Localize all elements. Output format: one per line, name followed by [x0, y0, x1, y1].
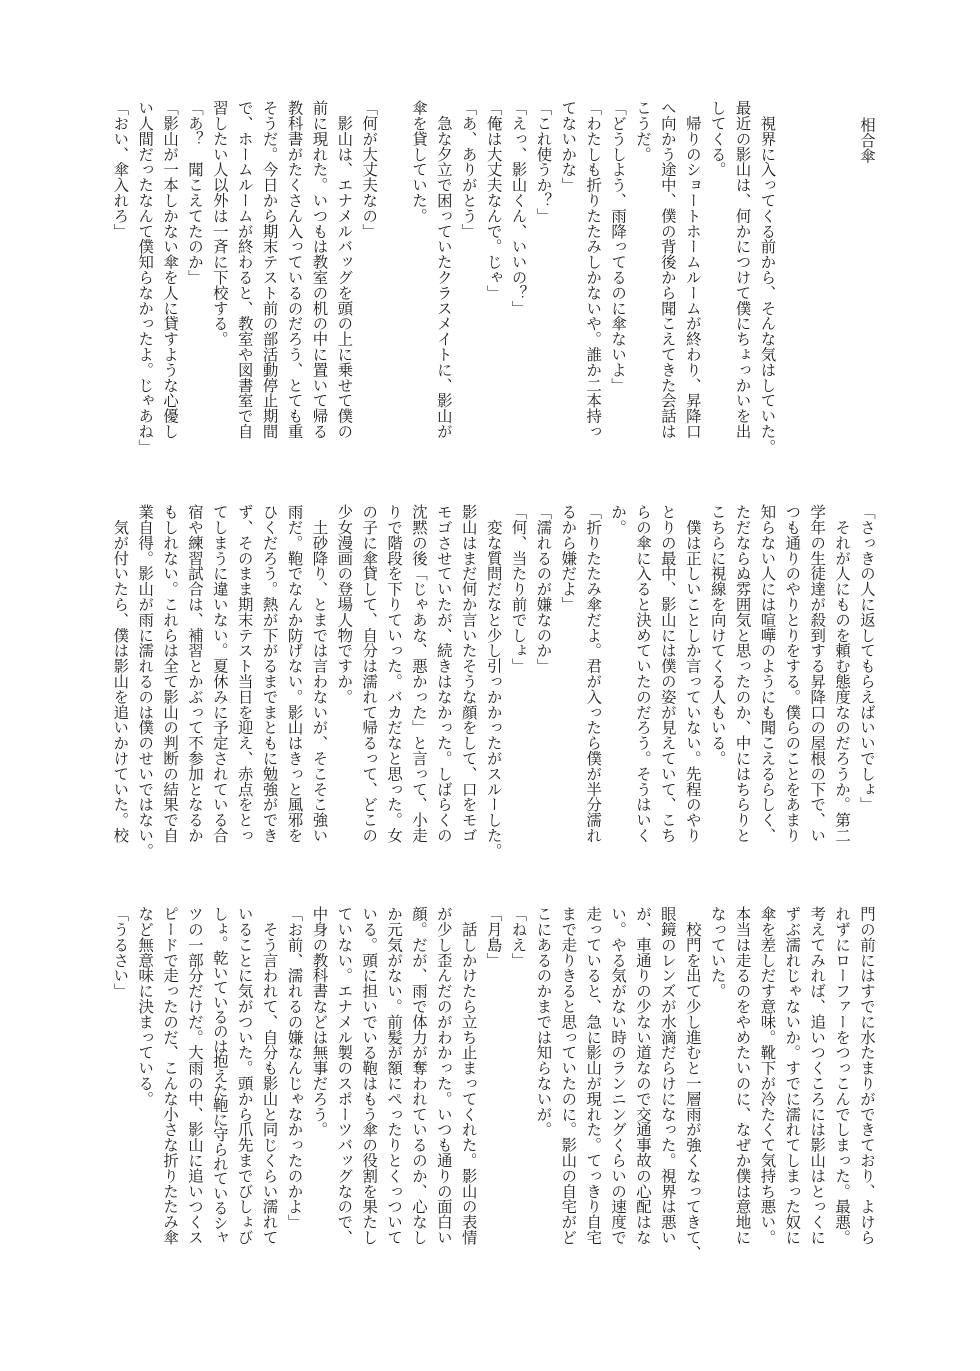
text-band-middle: 「さっきの人に返してもらえばいいでしょ」 それが人にものを頼む態度なのだろうか。…	[107, 504, 879, 843]
dialogue-column: 「濡れるのが嫌なのか」	[531, 504, 556, 843]
text-column: 傘を差しだす意味。靴下が冷たくて気持ち悪い。	[755, 906, 780, 1245]
dialogue-column: 「うるさい」	[107, 906, 132, 1245]
text-column: そうだ。今日から期末テスト前の部活動停止期間	[257, 100, 282, 439]
story-title: 相合傘	[854, 100, 879, 439]
dialogue-column: い人間だったなんて僕知らなかったよ。じゃあね」	[132, 100, 157, 439]
text-column: 帰りのショートホームルームが終わり、昇降口	[680, 100, 705, 439]
text-column: いることに気がついた。頭から爪先までびしょび	[232, 906, 257, 1245]
text-column: 業自得。影山が雨に濡れるのは僕のせいではない。	[132, 504, 157, 843]
text-column: ずぶ濡れじゃないか。すでに濡れてしまった奴に	[779, 906, 804, 1245]
dialogue-column: 「影山が一本しかない傘を人に貸すような心優し	[157, 100, 182, 439]
dialogue-column: 「ねえ」	[506, 906, 531, 1245]
text-column: 沈黙の後「じゃあな、悪かった」と言って、小走	[406, 504, 431, 843]
text-column: 前に現れた。いつもは教室の机の中に置いて帰る	[307, 100, 332, 439]
dialogue-column: 「おい、傘入れろ」	[107, 100, 132, 439]
text-column: こにあるのかまでは知らないが。	[531, 906, 556, 1245]
blank-line	[779, 100, 804, 439]
text-band-bottom: 門の前にはすでに水たまりができており、よけら れずにローファーをつっこんでしまっ…	[107, 906, 879, 1245]
text-column: まで走りきると思っていたのに。影山の自宅がど	[555, 906, 580, 1245]
text-column: ツの一部分だけだ。大雨の中、影山に追いつくス	[182, 906, 207, 1245]
text-column: 気が付いたら、僕は影山を追いかけていた。校	[107, 504, 132, 843]
text-column: してくる。	[705, 100, 730, 439]
text-column: しょ。乾いているのは抱えた鞄に守られているシャ	[207, 906, 232, 1245]
dialogue-column: 「これ使うか？」	[531, 100, 556, 439]
text-column: いる。頭に担いでいる鞄はもう傘の役割を果たし	[356, 906, 381, 1245]
text-column: りで階段を下りていった。バカだなと思った。女	[381, 504, 406, 843]
text-column: 急な夕立で困っていたクラスメイトに、影山が	[431, 100, 456, 439]
text-column: 雨だ。鞄でなんか防げない。影山はきっと風邪を	[282, 504, 307, 843]
dialogue-column: 「折りたたみ傘だよ。君が入ったら僕が半分濡れ	[580, 504, 605, 843]
text-column: 眼鏡のレンズが水滴だらけになった。視界は悪い	[655, 906, 680, 1245]
text-column: 影山はまだ何か言いたそうな顔をして、口をモゴ	[456, 504, 481, 843]
text-column: 変な質問だなと少し引っかかったがスルーした。	[481, 504, 506, 843]
text-column: 顔。だが、雨で体力が奪われているのか、心なし	[406, 906, 431, 1245]
dialogue-column: 「あ？ 聞こえてたのか」	[182, 100, 207, 439]
text-column: 影山は、エナメルバッグを頭の上に乗せて僕の	[331, 100, 356, 439]
text-band-top: 相合傘 視界に入ってくる前から、そんな気はしていた。 最近の影山は、何かにつけて…	[107, 100, 879, 439]
text-column: 話しかけたら立ち止まってくれた。影山の表情	[456, 906, 481, 1245]
text-column: 土砂降り、とまでは言わないが、そこそこ強い	[307, 504, 332, 843]
text-column: で、ホームルームが終わると、教室や図書室で自	[232, 100, 257, 439]
text-column: ず、そのまま期末テスト当日を迎え、赤点をとっ	[232, 504, 257, 843]
text-column: つも通りのやりとりをする。僕らのことをあまり	[779, 504, 804, 843]
text-column: が少し歪んだのがわかった。いつも通りの面白い	[431, 906, 456, 1245]
text-column: こうだ。	[630, 100, 655, 439]
text-column: 本当は走るのをやめたいのに、なぜか僕は意地に	[730, 906, 755, 1245]
text-column: へ向かう途中、僕の背後から聞こえてきた会話は	[655, 100, 680, 439]
text-column: もしれない。これらは全て影山の判断の結果で自	[157, 504, 182, 843]
text-column: か。	[605, 504, 630, 843]
blank-line	[804, 100, 829, 439]
dialogue-column: 「俺は大丈夫なんで。じゃ」	[481, 100, 506, 439]
dialogue-column: 「あ、ありがとう」	[456, 100, 481, 439]
blank-line	[829, 100, 854, 439]
blank-line	[381, 100, 406, 439]
text-column: らの傘に入ると決めていたのだろう。そうはいく	[630, 504, 655, 843]
text-column: ていない。エナメル製のスポーツバッグなので、	[331, 906, 356, 1245]
text-column: ただならぬ雰囲気と思ったのか、中にはちらりと	[730, 504, 755, 843]
text-column: それが人にものを頼む態度なのだろうか。第二	[829, 504, 854, 843]
text-column: 考えてみれば、追いつくころには影山はとっくに	[804, 906, 829, 1245]
text-column: なっていた。	[705, 906, 730, 1245]
text-column: 習したい人以外は一斉に下校する。	[207, 100, 232, 439]
text-column: か元気がない。前髪が額にぺったりとくっついて	[381, 906, 406, 1245]
text-column: 校門を出て少し進むと一層雨が強くなってきて、	[680, 906, 705, 1245]
dialogue-column: 「えっ、影山くん、いいの？」	[506, 100, 531, 439]
dialogue-column: るから嫌だよ」	[555, 504, 580, 843]
text-column: 宿や練習試合は、補習とかぶって不参加となるか	[182, 504, 207, 843]
text-column: 中身の教科書などは無事だろう。	[307, 906, 332, 1245]
dialogue-column: 「お前、濡れるの嫌なんじゃなかったのかよ」	[282, 906, 307, 1245]
dialogue-column: 「さっきの人に返してもらえばいいでしょ」	[854, 504, 879, 843]
text-column: てしまうに違いない。夏休みに予定されている合	[207, 504, 232, 843]
text-column: 少女漫画の登場人物ですか。	[331, 504, 356, 843]
dialogue-column: 「月島」	[481, 906, 506, 1245]
dialogue-column: 「どうしよう、雨降ってるのに傘ないよ」	[605, 100, 630, 439]
text-column: 最近の影山は、何かにつけて僕にちょっかいを出	[730, 100, 755, 439]
text-column: ひくだろう。熱が下がるまでまともに勉強ができ	[257, 504, 282, 843]
text-column: ピードで走ったのだ、こんな小さな折りたたみ傘	[157, 906, 182, 1245]
text-column: 門の前にはすでに水たまりができており、よけら	[854, 906, 879, 1245]
text-column: い。やる気がない時のランニングくらいの速度で	[605, 906, 630, 1245]
dialogue-column: 「何、当たり前でしょ」	[506, 504, 531, 843]
dialogue-column: 「わたしも折りたたみしかないや。誰か二本持っ	[580, 100, 605, 439]
text-column: そう言われて、自分も影山と同じくらい濡れて	[257, 906, 282, 1245]
dialogue-column: てないかな」	[555, 100, 580, 439]
text-column: 知らない人には喧嘩のようにも聞こえるらしく、	[755, 504, 780, 843]
text-column: 僕は正しいことしか言っていない。先程のやり	[680, 504, 705, 843]
text-column: 走っていると、急に影山が現れた。てっきり自宅	[580, 906, 605, 1245]
dialogue-column: 「何が大丈夫なの」	[356, 100, 381, 439]
text-column: の子に傘貸して、自分は濡れて帰るって、どこの	[356, 504, 381, 843]
text-column: 傘を貸していた。	[406, 100, 431, 439]
text-column: とりの最中、影山には僕の姿が見えていて、こち	[655, 504, 680, 843]
text-column: 学年の生徒達が殺到する昇降口の屋根の下で、い	[804, 504, 829, 843]
text-column: こちらに視線を向けてくる人もいる。	[705, 504, 730, 843]
text-column: れずにローファーをつっこんでしまった。最悪。	[829, 906, 854, 1245]
text-column: 教科書がたくさん入っているのだろう、とても重	[282, 100, 307, 439]
text-column: が、車通りの少ない道なので交通事故の心配はな	[630, 906, 655, 1245]
document-page: 相合傘 視界に入ってくる前から、そんな気はしていた。 最近の影山は、何かにつけて…	[0, 0, 980, 1371]
text-column: 視界に入ってくる前から、そんな気はしていた。	[755, 100, 780, 439]
text-column: モゴさせていたが、続きはなかった。しばらくの	[431, 504, 456, 843]
text-column: など無意味に決まっている。	[132, 906, 157, 1245]
